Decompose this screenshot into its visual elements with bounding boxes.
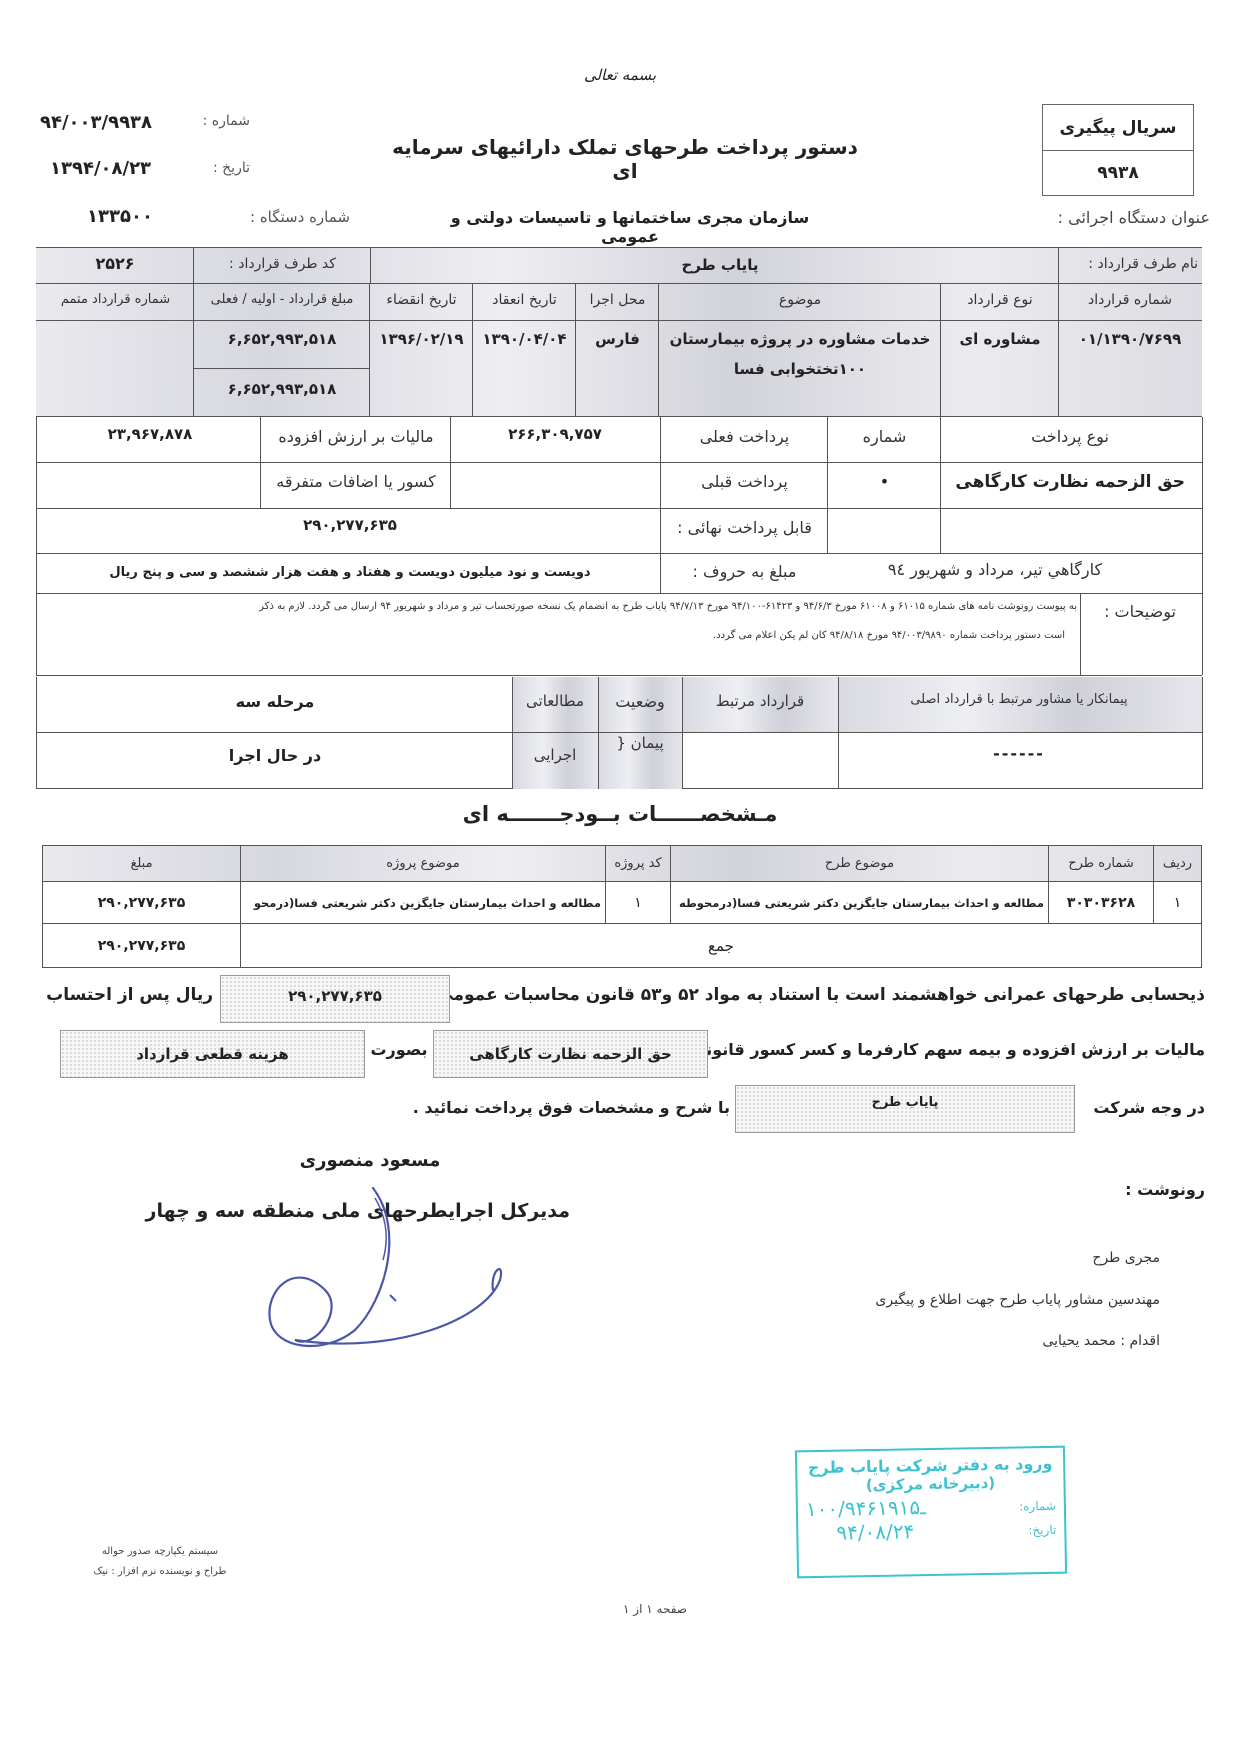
status-label: وضعیت xyxy=(598,692,682,711)
instruction-line2-part1: مالیات بر ارزش افزوده و بیمه سهم کارفرما… xyxy=(715,1040,1205,1059)
payment-reason-box: حق الزحمه نظارت کارگاهی xyxy=(433,1030,708,1078)
budget-title: مـشخصــــــات بــودجـــــــه ای xyxy=(380,802,860,826)
date-label: تاریخ : xyxy=(190,160,250,176)
signer-name: مسعود منصوری xyxy=(280,1150,460,1171)
current-payment-label: پرداخت فعلی xyxy=(662,427,827,446)
col-amount: مبلغ قرارداد - اولیه / فعلی xyxy=(195,292,369,307)
total-label: جمع xyxy=(241,924,1202,968)
conclusion-date: ۱۳۹۰/۰۴/۰۴ xyxy=(474,330,575,348)
final-payment-value: ۲۹۰,۲۷۷,۶۳۵ xyxy=(40,516,660,534)
final-payment-label: قابل پرداخت نهائی : xyxy=(662,518,827,537)
system-line1: سیستم یکپارچه صدور حواله xyxy=(70,1546,250,1557)
deductions-label: کسور یا اضافات متفرقه xyxy=(262,472,450,491)
contract-number: ۰۱/۱۳۹۰/۷۶۹۹ xyxy=(1060,330,1200,348)
col-contract-type: نوع قرارداد xyxy=(942,292,1058,308)
execution-label: اجرایی xyxy=(512,746,598,764)
party-code-label: کد طرف قرارداد : xyxy=(200,256,365,272)
plan-number: ۳۰۳۰۳۶۲۸ xyxy=(1049,882,1154,924)
signature-scribble-icon xyxy=(255,1180,515,1370)
notes-line2: است دستور پرداخت شماره ۹۴/۰۰۳/۹۸۹۰ مورخ … xyxy=(500,630,1065,641)
project-code: ۱ xyxy=(606,882,671,924)
page-number: صفحه ۱ از ۱ xyxy=(590,1602,720,1616)
tracking-serial-value: ۹۹۳۸ xyxy=(1043,151,1193,195)
stamp-number-label: شماره: xyxy=(1019,1493,1056,1518)
instruction-amount-box: ۲۹۰,۲۷۷,۶۳۵ xyxy=(220,975,450,1023)
col-amount: مبلغ xyxy=(43,846,241,882)
contract-kind-label: پیمان { xyxy=(598,734,682,752)
col-project-code: کد پروژه xyxy=(606,846,671,882)
payee-company-box: پایاب طرح xyxy=(735,1085,1075,1133)
related-contract-label: قرارداد مرتبط xyxy=(682,692,838,710)
project-subject: مطالعه و احداث بیمارستان جایگزین دکتر شر… xyxy=(241,882,606,924)
related-contractor-label: پیمانکار یا مشاور مرتبط با قرارداد اصلی xyxy=(840,692,1198,707)
current-payment-value: ۲۶۶,۳۰۹,۷۵۷ xyxy=(455,425,655,443)
execution-status-value: در حال اجرا xyxy=(40,746,510,765)
col-supplement: شماره قرارداد متمم xyxy=(38,292,193,307)
cc-item-1: مجری طرح xyxy=(760,1250,1160,1266)
notes-line1: به پیوست رونوشت نامه های شماره ۶۱۰۱۵ و ۶… xyxy=(42,601,1077,612)
col-conclusion-date: تاریخ انعقاد xyxy=(474,292,575,308)
tracking-serial-label: سریال پیگیری xyxy=(1043,105,1193,151)
budget-table: ردیف شماره طرح موضوع طرح کد پروژه موضوع … xyxy=(42,845,1202,968)
location: فارس xyxy=(577,330,658,348)
tracking-serial-box: سریال پیگیری ۹۹۳۸ xyxy=(1042,104,1194,196)
subject-line2: ۱۰۰تختخوابی فسا xyxy=(660,360,940,378)
payment-number-value: • xyxy=(829,472,940,491)
device-number-label: شماره دستگاه : xyxy=(200,208,350,226)
col-plan-subject: موضوع طرح xyxy=(671,846,1049,882)
total-value: ۲۹۰,۲۷۷,۶۳۵ xyxy=(43,924,241,968)
stamp-date-value: ۹۴/۰۸/۲۴ xyxy=(806,1519,914,1545)
invocation: بسمه تعالی xyxy=(560,66,680,84)
cc-item-3: اقدام : محمد یحیایی xyxy=(760,1333,1160,1349)
expiry-date: ۱۳۹۶/۰۲/۱۹ xyxy=(371,330,472,348)
subject-line1: خدمات مشاوره در پروژه بیمارستان xyxy=(660,330,940,348)
party-name-label: نام طرف قرارداد : xyxy=(1064,256,1198,272)
amount-in-words-value: دویست و نود میلیون دویست و هفتاد و هفت ه… xyxy=(40,565,660,580)
payment-number-label: شماره xyxy=(829,427,940,446)
executive-agency-value: سازمان مجری ساختمانها و تاسیسات دولتی و … xyxy=(430,208,830,246)
cc-label: رونوشت : xyxy=(1110,1180,1205,1199)
instruction-line1-part2: ریال پس از احتساب xyxy=(55,985,213,1005)
system-line2: طراح و نویسنده نرم افزار : نیک xyxy=(70,1566,250,1577)
executive-agency-label: عنوان دستگاه اجرائی : xyxy=(1030,208,1210,227)
stamp-date-label: تاریخ: xyxy=(1028,1517,1056,1541)
study-label: مطالعاتی xyxy=(512,692,598,710)
vat-value: ۲۳,۹۶۷,۸۷۸ xyxy=(40,425,260,443)
vat-label: مالیات بر ارزش افزوده xyxy=(262,427,450,446)
contract-type: مشاوره ای xyxy=(942,330,1058,348)
instruction-line3-part1: در وجه شرکت xyxy=(1080,1098,1205,1117)
party-name-value: پایاب طرح xyxy=(620,256,820,274)
previous-payment-label: پرداخت قبلی xyxy=(662,472,827,491)
party-code-value: ۲۵۲۶ xyxy=(40,254,190,273)
instruction-line1-part1: ذیحسابی طرحهای عمرانی خواهشمند است با اس… xyxy=(455,985,1205,1005)
col-subject: موضوع xyxy=(660,292,940,308)
col-contract-number: شماره قرارداد xyxy=(1060,292,1200,308)
page-title: دستور پرداخت طرحهای تملک دارائیهای سرمای… xyxy=(390,135,860,183)
amount-initial: ۶,۶۵۲,۹۹۳,۵۱۸ xyxy=(195,330,369,348)
col-location: محل اجرا xyxy=(577,292,658,308)
row-number: ۱ xyxy=(1154,882,1202,924)
study-stage-value: مرحله سه xyxy=(40,692,510,711)
payment-form-box: هزینه قطعی قرارداد xyxy=(60,1030,365,1078)
device-number-value: ۱۳۳۵۰۰ xyxy=(60,206,180,227)
instruction-line2-part2: بصورت xyxy=(370,1040,428,1059)
related-contractor-value: ------ xyxy=(840,744,1198,763)
payment-note: کارگاهي تير، مرداد و شهريور ۹٤ xyxy=(830,560,1160,579)
col-expiry-date: تاریخ انقضاء xyxy=(371,292,472,308)
payment-type-value: حق الزحمه نظارت کارگاهی xyxy=(945,472,1185,492)
amount-current: ۶,۶۵۲,۹۹۳,۵۱۸ xyxy=(195,380,369,398)
payment-type-label: نوع پرداخت xyxy=(945,427,1195,446)
notes-label: توضیحات : xyxy=(1085,602,1195,621)
amount-in-words-label: مبلغ به حروف : xyxy=(662,562,827,581)
table-row: ۱ ۳۰۳۰۳۶۲۸ مطالعه و احداث بیمارستان جایگ… xyxy=(43,882,1202,924)
col-project-subject: موضوع پروژه xyxy=(241,846,606,882)
row-amount: ۲۹۰,۲۷۷,۶۳۵ xyxy=(43,882,241,924)
total-row: جمع ۲۹۰,۲۷۷,۶۳۵ xyxy=(43,924,1202,968)
date-value: ۱۳۹۴/۰۸/۲۳ xyxy=(50,158,190,179)
plan-subject: مطالعه و احداث بیمارستان جایگزین دکتر شر… xyxy=(671,882,1049,924)
number-value: ۹۴/۰۰۳/۹۹۳۸ xyxy=(40,112,190,133)
number-label: شماره : xyxy=(190,113,250,129)
instruction-line3-part2: با شرح و مشخصات فوق پرداخت نمائید . xyxy=(440,1098,730,1117)
cc-item-2: مهندسین مشاور پایاب طرح جهت اطلاع و پیگی… xyxy=(760,1292,1160,1308)
col-row: ردیف xyxy=(1154,846,1202,882)
stamp-number-value: ۱۰۰/۹۴ـ۶۱۹۱۵ xyxy=(806,1495,926,1521)
col-plan-number: شماره طرح xyxy=(1049,846,1154,882)
receipt-stamp: ورود به دفتر شرکت پایاب طرح (دبیرخانه مر… xyxy=(795,1446,1067,1579)
